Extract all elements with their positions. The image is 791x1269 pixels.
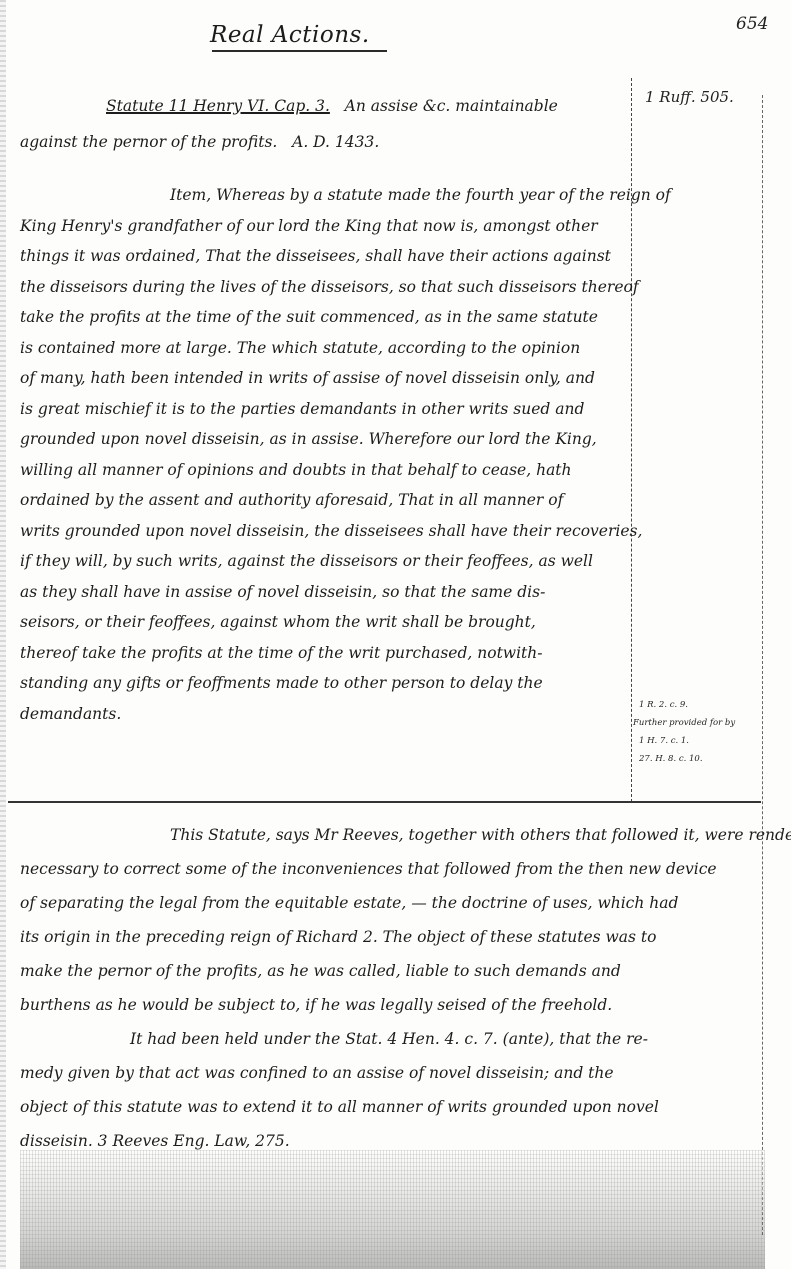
text-line: demandants.: [20, 699, 632, 730]
margin-citation: 1 Ruff. 505.: [645, 88, 734, 106]
scan-noise: [20, 1150, 765, 1269]
text-line: Item, Whereas by a statute made the four…: [20, 180, 632, 211]
text-line: thereof take the profits at the time of …: [20, 638, 632, 669]
statute-reference: Statute 11 Henry VI. Cap. 3.: [106, 97, 330, 115]
commentary-line: its origin in the preceding reign of Ric…: [20, 920, 760, 954]
text-line: of many, hath been intended in writs of …: [20, 363, 632, 394]
commentary-line: burthens as he would be subject to, if h…: [20, 988, 760, 1022]
margin-note: 1 R. 2. c. 9.: [633, 696, 761, 714]
right-border-line: [762, 95, 763, 1235]
text-line: King Henry's grandfather of our lord the…: [20, 211, 632, 242]
title-underline: [212, 50, 387, 52]
statute-description-1: An assise &c. maintainable: [345, 97, 558, 115]
scan-edge: [0, 0, 6, 1269]
section-divider: [8, 801, 761, 803]
statute-description-2: against the pernor of the profits.: [20, 133, 277, 151]
text-line: is great mischief it is to the parties d…: [20, 394, 632, 425]
margin-notes: 1 R. 2. c. 9. Further provided for by 1 …: [633, 696, 761, 768]
page-number: 654: [736, 14, 768, 34]
text-line: things it was ordained, That the disseis…: [20, 241, 632, 272]
margin-note: 1 H. 7. c. 1.: [633, 732, 761, 750]
text-line: grounded upon novel disseisin, as in ass…: [20, 424, 632, 455]
statute-text: Item, Whereas by a statute made the four…: [20, 180, 632, 729]
commentary-line: It had been held under the Stat. 4 Hen. …: [20, 1022, 760, 1056]
commentary-line: of separating the legal from the equitab…: [20, 886, 760, 920]
commentary-line: object of this statute was to extend it …: [20, 1090, 760, 1124]
page-title: Real Actions.: [210, 22, 370, 48]
commentary-line: This Statute, says Mr Reeves, together w…: [20, 818, 760, 852]
margin-note: Further provided for by: [633, 714, 761, 732]
text-line: if they will, by such writs, against the…: [20, 546, 632, 577]
text-line: as they shall have in assise of novel di…: [20, 577, 632, 608]
margin-note: 27. H. 8. c. 10.: [633, 750, 761, 768]
commentary-line: medy given by that act was confined to a…: [20, 1056, 760, 1090]
commentary: This Statute, says Mr Reeves, together w…: [20, 818, 760, 1158]
commentary-line: necessary to correct some of the inconve…: [20, 852, 760, 886]
commentary-line: make the pernor of the profits, as he wa…: [20, 954, 760, 988]
text-line: take the profits at the time of the suit…: [20, 302, 632, 333]
text-line: standing any gifts or feoffments made to…: [20, 668, 632, 699]
text-line: seisors, or their feoffees, against whom…: [20, 607, 632, 638]
statute-date: A. D. 1433.: [292, 133, 379, 151]
manuscript-page: Real Actions. 654 1 Ruff. 505. Statute 1…: [0, 0, 791, 1269]
text-line: writs grounded upon novel disseisin, the…: [20, 516, 632, 547]
text-line: is contained more at large. The which st…: [20, 333, 632, 364]
statute-heading: Statute 11 Henry VI. Cap. 3. An assise &…: [20, 88, 630, 160]
text-line: ordained by the assent and authority afo…: [20, 485, 632, 516]
text-line: the disseisors during the lives of the d…: [20, 272, 632, 303]
text-line: willing all manner of opinions and doubt…: [20, 455, 632, 486]
